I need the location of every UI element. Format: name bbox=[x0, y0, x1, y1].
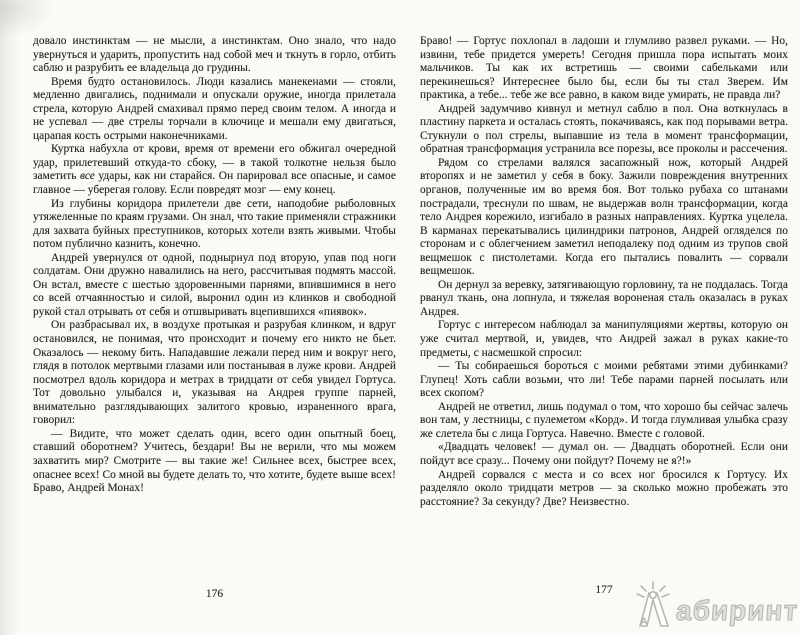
paragraph: Андрей задумчиво кивнул и метнул саблю в… bbox=[420, 103, 788, 157]
paragraph: Андрей увернулся от одной, поднырнул под… bbox=[33, 252, 396, 320]
left-page: довало инстинктам — не мысли, а инстинкт… bbox=[33, 35, 396, 496]
paragraph: Куртка набухла от крови, время от времен… bbox=[33, 143, 396, 197]
book-spread: довало инстинктам — не мысли, а инстинкт… bbox=[0, 0, 800, 635]
left-page-text: довало инстинктам — не мысли, а инстинкт… bbox=[33, 35, 396, 496]
paragraph: Он разбрасывал их, в воздухе протыкая и … bbox=[33, 319, 396, 427]
paragraph: — Ты собираешься бороться с моими ребята… bbox=[420, 360, 788, 401]
paragraph: Рядом со стрелами валялся засапожный нож… bbox=[420, 157, 788, 279]
paragraph: Браво! — Гортус похлопал в ладоши и глум… bbox=[420, 35, 788, 103]
right-page-text: Браво! — Гортус похлопал в ладоши и глум… bbox=[420, 35, 788, 509]
paragraph: — Видите, что может сделать один, всего … bbox=[33, 428, 396, 496]
paragraph: Из глубины коридора прилетели две сети, … bbox=[33, 198, 396, 252]
paragraph: Он дернул за веревку, затягивающую горло… bbox=[420, 279, 788, 320]
left-page-number: 176 bbox=[33, 588, 396, 600]
paragraph: Время будто остановилось. Люди казались … bbox=[33, 76, 396, 144]
page-edge-shadow bbox=[0, 0, 20, 635]
watermark-text: абиринт bbox=[675, 597, 799, 629]
scan-corner-smudge bbox=[0, 0, 60, 40]
paragraph: Гортус с интересом наблюдал за манипуляц… bbox=[420, 319, 788, 360]
paragraph: Андрей сорвался с места и со всех ног бр… bbox=[420, 469, 788, 510]
svg-text:А: А bbox=[640, 616, 648, 628]
right-page: Браво! — Гортус похлопал в ладоши и глум… bbox=[420, 35, 788, 509]
right-page-number: 177 bbox=[420, 584, 788, 596]
paragraph: «Двадцать человек! — думал он. — Двадцат… bbox=[420, 441, 788, 468]
paragraph: довало инстинктам — не мысли, а инстинкт… bbox=[33, 35, 396, 76]
paragraph: Андрей не ответил, лишь подумал о том, ч… bbox=[420, 401, 788, 442]
